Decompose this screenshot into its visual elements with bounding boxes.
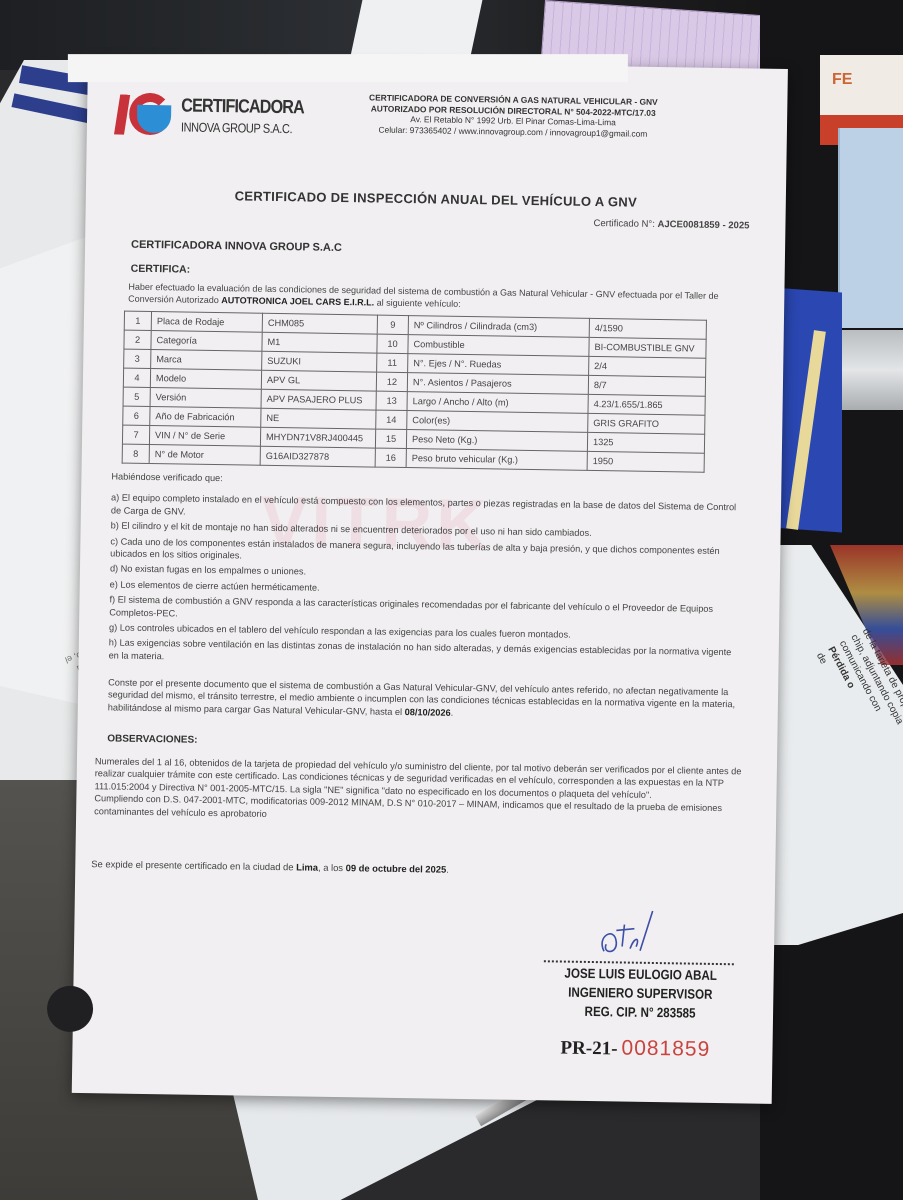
table-cell: Año de Fabricación [150, 407, 261, 428]
table-cell: 16 [375, 448, 406, 467]
serial-number: PR-21-0081859 [560, 1036, 710, 1062]
vehicle-data-table: 1Placa de RodajeCHM0859Nº Cilindros / Ci… [122, 311, 707, 473]
table-cell: 8/7 [588, 375, 705, 396]
table-cell: 4.23/1.655/1.865 [588, 394, 705, 415]
table-cell: N° de Motor [149, 445, 260, 466]
table-cell: BI-COMBUSTIBLE GNV [589, 337, 706, 358]
table-cell: 1950 [587, 451, 704, 472]
observations-text: Numerales del 1 al 16, obtenidos de la t… [94, 755, 743, 827]
table-cell: APV PASAJERO PLUS [261, 389, 376, 410]
certifica-heading: CERTIFICA: [131, 263, 191, 276]
table-cell: 12 [376, 372, 407, 391]
table-cell: 8 [122, 444, 149, 463]
table-cell: APV GL [261, 370, 376, 391]
valid-until-date: 08/10/2026 [405, 707, 451, 718]
background-blue-card [838, 128, 903, 328]
ig-logo-icon [113, 90, 178, 137]
table-cell: 4/1590 [589, 318, 706, 339]
letterhead: CERTIFICADORA INNOVA GROUP S.A.C. CERTIF… [113, 88, 764, 158]
table-cell: 13 [376, 391, 407, 410]
table-cell: M1 [262, 332, 377, 353]
table-cell: 11 [377, 353, 408, 372]
background-grey-roll [835, 330, 903, 410]
table-cell: 10 [377, 334, 408, 353]
table-cell: 7 [122, 425, 149, 444]
signer-block: JOSE LUIS EULOGIO ABAL INGENIERO SUPERVI… [550, 963, 731, 1023]
certificate-document: VITRK CERTIFICADORA INNOVA GROUP S.A.C. … [72, 58, 788, 1104]
table-cell: 3 [124, 349, 151, 368]
issue-date: 09 de octubre del 2025 [346, 862, 447, 875]
table-cell: 6 [123, 406, 150, 425]
signer-role: INGENIERO SUPERVISOR [550, 982, 731, 1004]
table-cell: NE [261, 408, 376, 429]
table-cell: 14 [376, 410, 407, 429]
table-cell: 1325 [587, 432, 704, 453]
observations-heading: OBSERVACIONES: [107, 733, 197, 745]
signature-icon [594, 906, 655, 962]
paper-fold [68, 54, 628, 82]
logo-subtitle: INNOVA GROUP S.A.C. [181, 119, 304, 136]
table-cell: Categoría [151, 331, 262, 352]
table-cell: MHYDN71V8RJ400445 [260, 427, 375, 448]
table-cell: Versión [150, 388, 261, 409]
table-cell: Placa de Rodaje [151, 312, 262, 333]
logo-title: CERTIFICADORA [181, 95, 304, 119]
certificate-number: Certificado N°: AJCE0081859 - 2025 [593, 218, 749, 231]
workshop-name: AUTOTRONICA JOEL CARS E.I.R.L. [221, 295, 374, 307]
table-cell: CHM085 [262, 313, 377, 334]
table-cell: 5 [123, 387, 150, 406]
table-cell: 9 [377, 315, 408, 334]
table-cell: 2 [124, 330, 151, 349]
table-cell: 1 [124, 311, 151, 330]
punch-hole [47, 985, 94, 1032]
background-card-logo: FE [832, 71, 852, 89]
company-logo: CERTIFICADORA INNOVA GROUP S.A.C. [113, 90, 326, 139]
verification-lead: Habiéndose verificado que: [111, 470, 743, 492]
table-cell: VIN / N° de Serie [149, 426, 260, 447]
table-cell: 2/4 [589, 356, 706, 377]
issue-statement: Se expide el presente certificado en la … [91, 858, 449, 875]
table-cell: GRIS GRAFITO [588, 413, 705, 434]
verification-list: Habiéndose verificado que: a) El equipo … [108, 470, 743, 674]
table-cell: Marca [151, 350, 262, 371]
document-title: CERTIFICADO DE INSPECCIÓN ANUAL DEL VEHÍ… [86, 186, 786, 212]
signer-registration: REG. CIP. N° 283585 [550, 1001, 731, 1023]
company-name: CERTIFICADORA INNOVA GROUP S.A.C [131, 239, 342, 254]
table-cell: Modelo [150, 369, 261, 390]
intro-paragraph: Haber efectuado la evaluación de las con… [128, 281, 748, 315]
issue-city: Lima [296, 861, 318, 872]
table-cell: SUZUKI [262, 351, 377, 372]
conste-paragraph: Conste por el presente documento que el … [108, 676, 741, 723]
table-cell: 4 [123, 368, 150, 387]
table-cell: Peso bruto vehicular (Kg.) [406, 449, 587, 471]
table-cell: G16AID327878 [260, 446, 375, 467]
table-cell: 15 [375, 429, 406, 448]
letterhead-info: CERTIFICADORA DE CONVERSIÓN A GAS NATURA… [358, 92, 669, 139]
